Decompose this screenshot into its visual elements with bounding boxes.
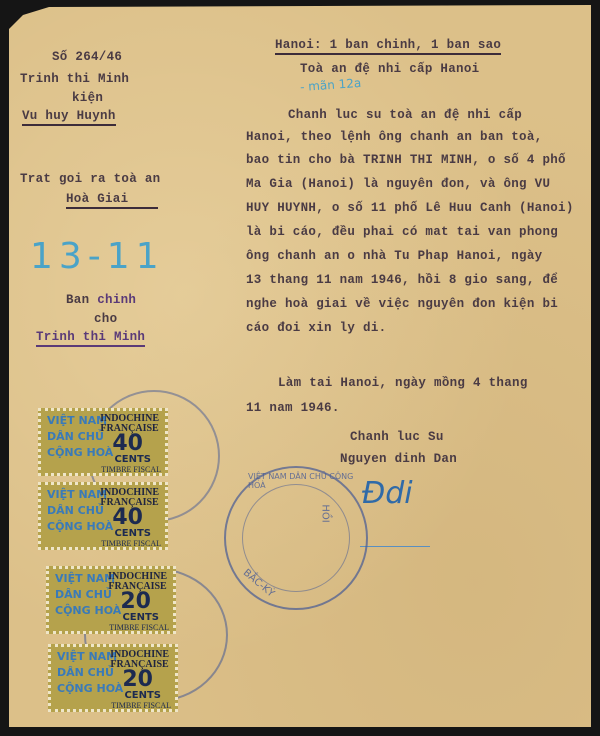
revenue-stamp-40c-bottom: VIỆT NAMDÂN CHỦCỘNG HOÀ INDOCHINEFRANÇAI… [38, 482, 168, 550]
body-line-6: là bi cáo, đều phai có mat tai van phong [246, 225, 558, 239]
summons-title: Trat goi ra toà an [20, 172, 160, 186]
revenue-stamp-20c-top: VIỆT NAMDÂN CHỦCỘNG HOÀ INDOCHINEFRANÇAI… [46, 566, 176, 634]
defendant-name: Vu huy Huynh [22, 109, 116, 126]
handwritten-signature: Đdi [362, 476, 413, 511]
stamp-value: 40 [112, 433, 143, 455]
body-line-9: nghe hoà giai về việc nguyên đon kiện bi [246, 297, 558, 311]
closing-line-2: 11 nam 1946. [246, 401, 340, 415]
reference-number: Số 264/46 [52, 50, 122, 64]
stamp-type: TIMBRE FISCAL [101, 465, 161, 474]
copy-label-ban: Ban [66, 293, 97, 307]
body-line-1: Chanh luc su toà an đệ nhi cấp [288, 108, 522, 122]
body-line-4: Ma Gia (Hanoi) là nguyên đon, và ông VU [246, 177, 550, 191]
stamp-type: TIMBRE FISCAL [109, 623, 169, 632]
copy-label: Ban chinh [66, 293, 136, 307]
body-line-8: 13 thang 11 nam 1946, hồi 8 gio sang, để [246, 273, 558, 287]
stamp-type: TIMBRE FISCAL [111, 701, 171, 710]
stamp-unit: CENTS [114, 454, 151, 465]
signature-line [360, 546, 430, 547]
copies-header: Hanoi: 1 ban chinh, 1 ban sao [275, 38, 501, 55]
official-seal: VIỆT NAM DÂN CHỦ CỘNG HOÀ HỒI BẮC-KỲ [224, 466, 368, 610]
signatory-title: Chanh luc Su [350, 430, 444, 444]
summons-subtitle: Hoà Giai [66, 192, 158, 209]
copy-label-chinh: chinh [97, 293, 136, 307]
seal-top-text: VIỆT NAM DÂN CHỦ CỘNG HOÀ [248, 472, 366, 490]
revenue-stamp-20c-bottom: VIỆT NAMDÂN CHỦCỘNG HOÀ INDOCHINEFRANÇAI… [48, 644, 178, 712]
stamp-value: 40 [112, 507, 143, 529]
stamp-value: 20 [122, 669, 153, 691]
body-line-10: cáo đoi xin ly di. [246, 321, 386, 335]
stamp-unit: CENTS [124, 690, 161, 701]
seal-center-text: HỒI [320, 504, 331, 522]
versus-label: kiện [72, 91, 103, 105]
revenue-stamp-40c-top: VIỆT NAMDÂN CHỦCỘNG HOÀ INDOCHINEFRANÇAI… [38, 408, 168, 476]
plaintiff-name: Trinh thi Minh [20, 72, 129, 86]
body-line-2: Hanoi, theo lệnh ông chanh an ban toà, [246, 130, 542, 144]
body-line-5: HUY HUYNH, o số 11 phố Lê Huu Canh (Hano… [246, 201, 574, 215]
stamp-type: TIMBRE FISCAL [101, 539, 161, 548]
copy-recipient: Trinh thi Minh [36, 330, 145, 347]
body-line-3: bao tin cho bà TRINH THI MINH, o số 4 ph… [246, 153, 566, 167]
copy-for: cho [94, 312, 117, 326]
stamp-unit: CENTS [122, 612, 159, 623]
closing-line-1: Làm tai Hanoi, ngày mồng 4 thang [278, 376, 528, 390]
stamp-value: 20 [120, 591, 151, 613]
handwritten-date: 13-11 [30, 236, 165, 277]
body-line-7: ông chanh an o nhà Tu Phap Hanoi, ngày [246, 249, 542, 263]
signatory-name: Nguyen dinh Dan [340, 452, 457, 466]
stamp-unit: CENTS [114, 528, 151, 539]
court-name: Toà an đệ nhi cấp Hanoi [300, 62, 479, 76]
